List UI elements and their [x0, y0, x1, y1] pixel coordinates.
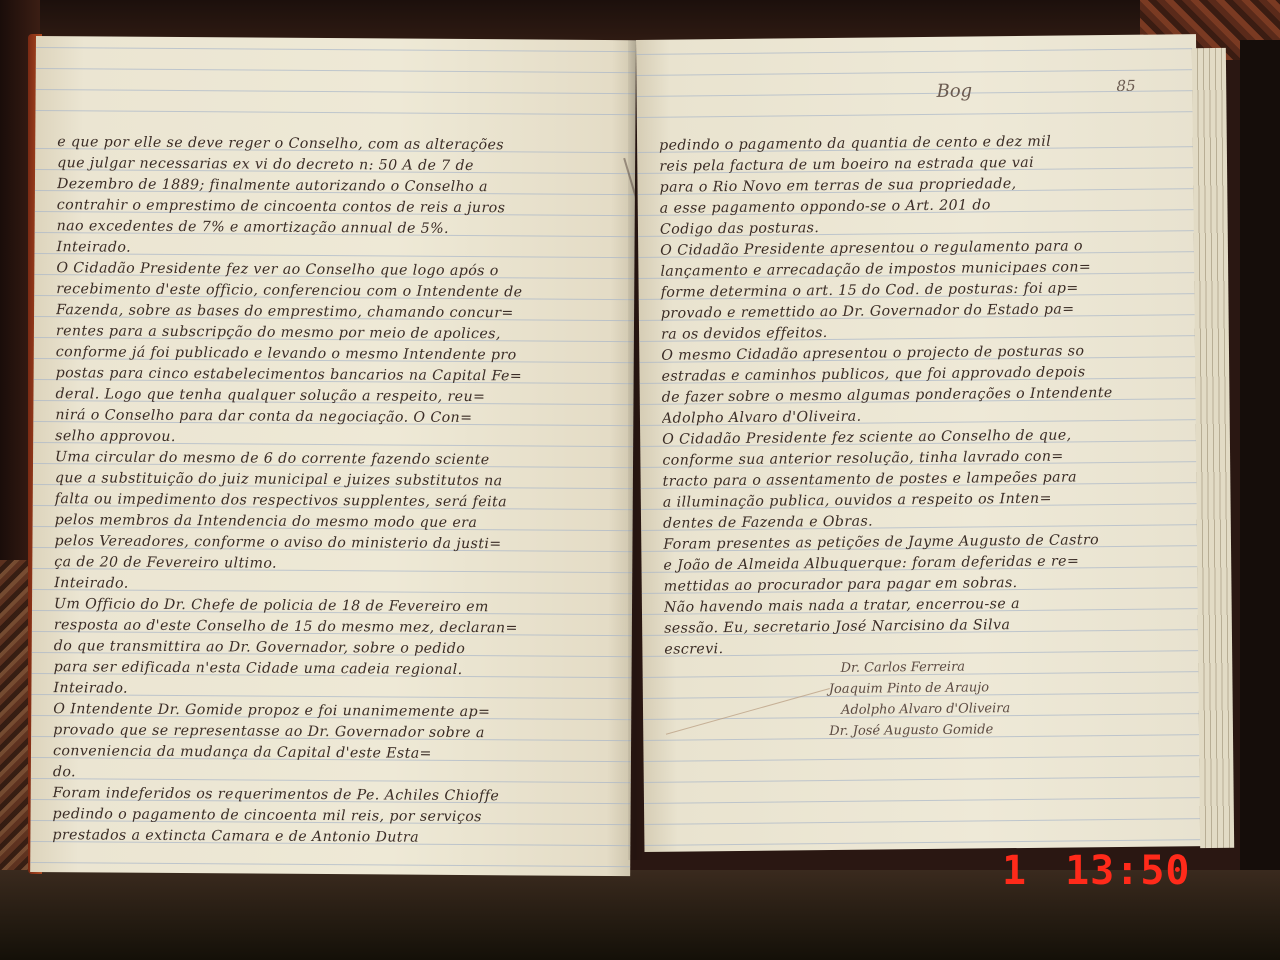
signature-block: Dr. Carlos FerreiraJoaquim Pinto de Arau…	[822, 656, 1010, 742]
page-number: 85	[1116, 77, 1135, 95]
signature: Adolpho Alvaro d'Oliveira	[823, 698, 1010, 721]
camera-timestamp-overlay: 113:50	[1002, 848, 1191, 894]
handwritten-line: prestados a extincta Camara e de Antonio…	[52, 825, 616, 850]
left-page-text: e que por elle se deve reger o Conselho,…	[52, 132, 621, 850]
right-page-text: pedindo o pagamento da quantia de cento …	[659, 130, 1188, 660]
open-ledger-book: e que por elle se deve reger o Conselho,…	[28, 30, 1248, 880]
page-annotation: Bog	[936, 80, 972, 101]
left-page: e que por elle se deve reger o Conselho,…	[30, 36, 636, 876]
signature: Dr. José Augusto Gomide	[823, 719, 1010, 742]
page-edges-stack	[1192, 48, 1234, 848]
right-page: Bog 85 pedindo o pagamento da quantia de…	[636, 34, 1204, 852]
handwritten-line: conveniencia da mudança da Capital d'est…	[53, 741, 617, 766]
camera-time: 13:50	[1065, 848, 1190, 894]
handwritten-line: ça de 20 de Fevereiro ultimo.	[54, 552, 618, 577]
handwritten-line: nao excedentes de 7% e amortização annua…	[57, 216, 621, 241]
camera-frame-number: 1	[1002, 848, 1027, 894]
handwritten-line: para ser edificada n'esta Cidade uma cad…	[54, 657, 618, 682]
signature: Dr. Carlos Ferreira	[822, 656, 1009, 679]
signature: Joaquim Pinto de Araujo	[823, 677, 1010, 700]
